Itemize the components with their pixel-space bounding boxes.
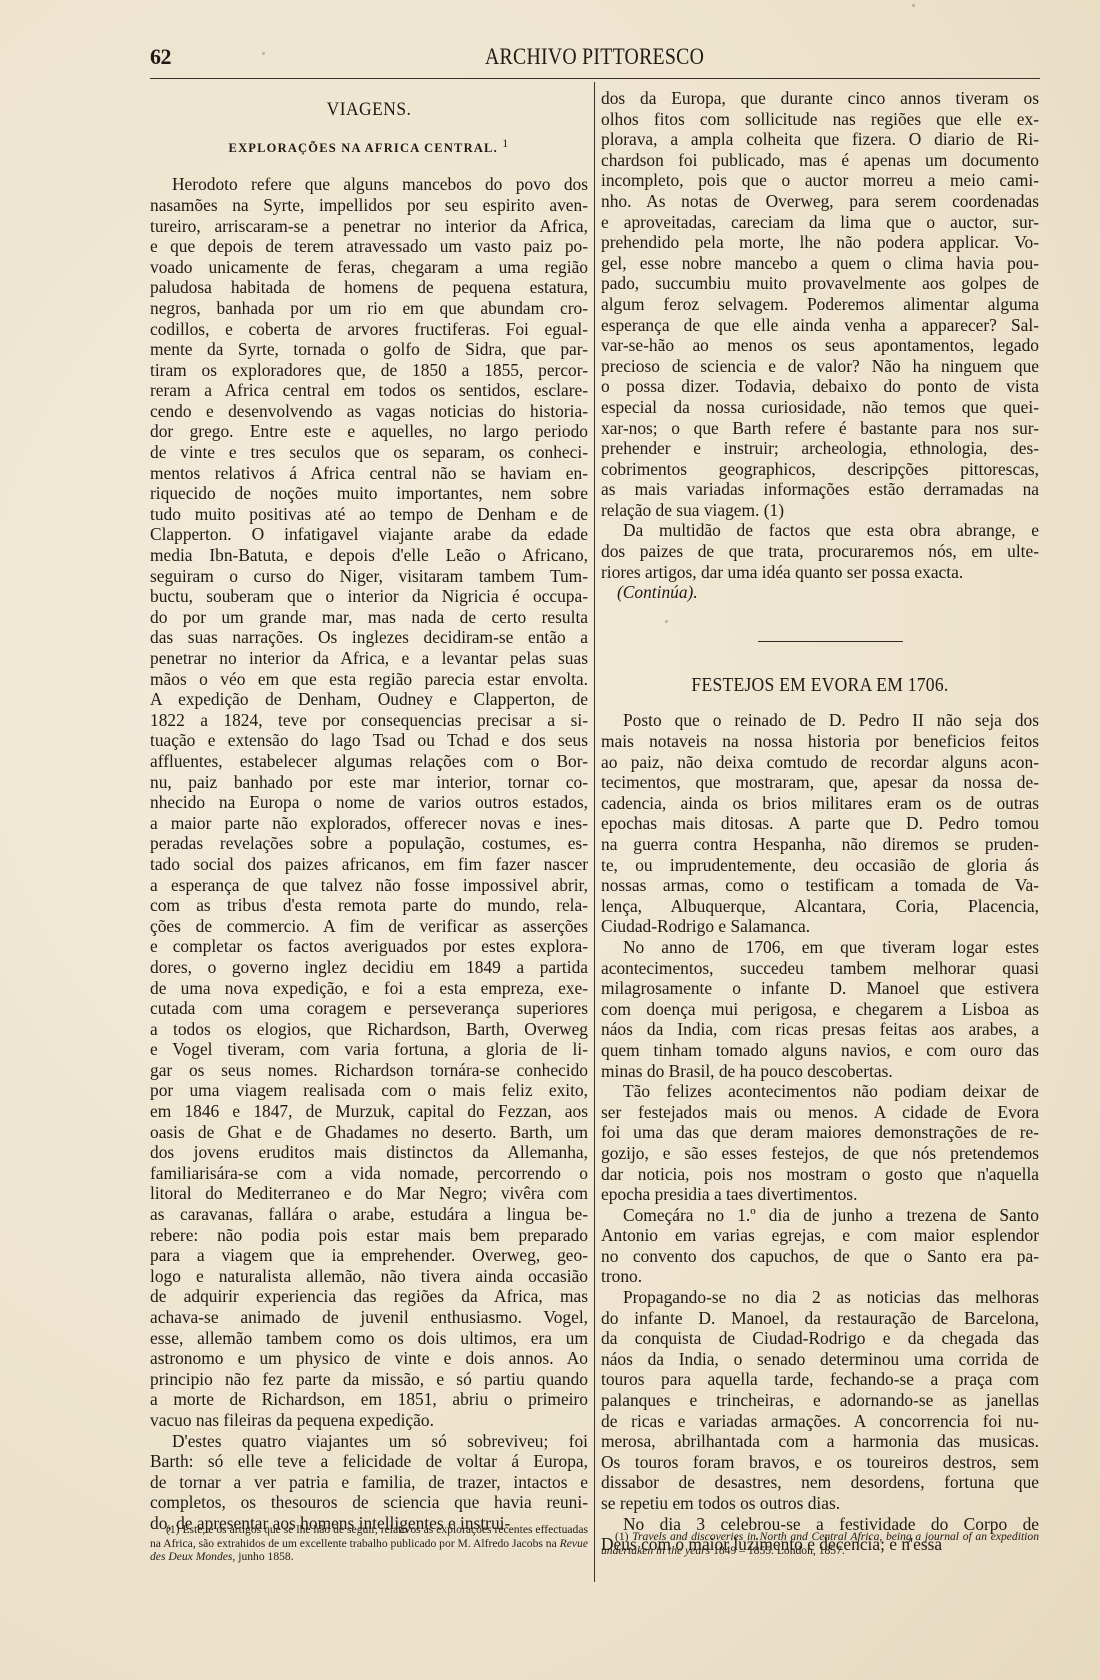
- text-line: as mais variadas informações estão derra…: [601, 479, 1039, 500]
- text-line: foi uma das que deram maiores demonstraç…: [601, 1122, 1039, 1143]
- text-line: merosa, abrilhantada com a harmonia das …: [601, 1431, 1039, 1452]
- text-line: xar-nos; o que Barth refere é bastante p…: [601, 418, 1039, 439]
- paragraph: Herodoto refere que alguns mancebos do p…: [150, 174, 588, 1430]
- text-line: chardson foi publicado, mas é apenas um …: [601, 150, 1039, 171]
- text-line: de uma nova expedição, e foi a esta empr…: [150, 978, 588, 999]
- text-line: gozijo, e são esses festejos, de que nós…: [601, 1143, 1039, 1164]
- text-line: epocha presidia a taes divertimentos.: [601, 1184, 1039, 1205]
- text-line: dos jovens eruditos mais distinctos da A…: [150, 1142, 588, 1163]
- text-line: Posto que o reinado de D. Pedro II não s…: [601, 710, 1039, 731]
- text-line: astronomo e um physico de vinte e dois a…: [150, 1348, 588, 1369]
- text-line: no convento dos capuchos, de que o Santo…: [601, 1246, 1039, 1267]
- text-line: as caravanas, fallára o arabe, estudára …: [150, 1204, 588, 1225]
- text-line: do por um grande mar, mas nada de certo …: [150, 607, 588, 628]
- scanned-page: 62 ARCHIVO PITTORESCO VIAGENS. EXPLORAÇÕ…: [0, 0, 1100, 1680]
- text-line: algum feroz selvagem. Poderemos alimenta…: [601, 294, 1039, 315]
- text-line: dar noticia, pois nos mostram o gosto qu…: [601, 1164, 1039, 1185]
- text-line: cobrimentos geographicos, descripções pi…: [601, 459, 1039, 480]
- text-line: mãos o véo em que esta região parecia es…: [150, 669, 588, 690]
- text-line: esperança de que elle ainda venha a appa…: [601, 315, 1039, 336]
- text-line: touros para aquella tarde, fechando-se a…: [601, 1369, 1039, 1390]
- text-line: e aproveitadas, careciam da lima que o a…: [601, 212, 1039, 233]
- text-line: peradas revelações sobre a população, co…: [150, 833, 588, 854]
- text-line: a esperança de que talvez não fosse impo…: [150, 875, 588, 896]
- text-line: voado unicamente de feras, chegaram a um…: [150, 257, 588, 278]
- text-line: e Vogel tiveram, com varia fortuna, a gl…: [150, 1039, 588, 1060]
- text-line: familiarisára-se com a vida nomade, perc…: [150, 1163, 588, 1184]
- continued-note: (Continúa).: [617, 582, 1039, 603]
- paragraph: Da multidão de factos que esta obra abra…: [601, 520, 1039, 582]
- text-line: de tornar a ver patria e familia, de tra…: [150, 1472, 588, 1493]
- text-line: Herodoto refere que alguns mancebos do p…: [150, 174, 588, 195]
- text-line: nossas armas, como o testificam a tomada…: [601, 875, 1039, 896]
- text-line: minas do Brasil, de ha pouco descobertas…: [601, 1061, 1039, 1082]
- paragraph: D'estes quatro viajantes um só sobrevive…: [150, 1431, 588, 1534]
- article-body: Posto que o reinado de D. Pedro II não s…: [601, 710, 1039, 1554]
- text-line: incompleto, pois que o auctor morreu a m…: [601, 170, 1039, 191]
- column-divider: [594, 82, 595, 1582]
- text-line: gar os seus nomes. Richardson tornára-se…: [150, 1060, 588, 1081]
- text-line: logo e naturalista allemão, não tivera a…: [150, 1266, 588, 1287]
- text-line: affluentes, estabelecer algumas relações…: [150, 751, 588, 772]
- text-line: cutada com uma coragem e perseverança su…: [150, 998, 588, 1019]
- text-line: com doença mui perigosa, e chegarem a Li…: [601, 999, 1039, 1020]
- text-line: mais notaveis na nossa historia por bene…: [601, 731, 1039, 752]
- article-subtitle: EXPLORAÇÕES NA AFRICA CENTRAL. 1: [150, 133, 588, 159]
- text-line: A expedição de Denham, Oudney e Clappert…: [150, 689, 588, 710]
- text-line: das suas narrações. Os inglezes decidira…: [150, 627, 588, 648]
- text-line: gel, esse nobre mancebo a quem o clima h…: [601, 253, 1039, 274]
- text-line: olhos fitos com sollicitude nas regiões …: [601, 109, 1039, 130]
- text-line: Começára no 1.º dia de junho a trezena d…: [601, 1205, 1039, 1226]
- text-line: em 1846 e 1847, de Murzuk, capital do Fe…: [150, 1101, 588, 1122]
- paragraph: No anno de 1706, em que tiveram logar es…: [601, 937, 1039, 1081]
- text-line: precioso de sciencia e de valor? Não ha …: [601, 356, 1039, 377]
- text-line: mente da Syrte, tornada o golfo de Sidra…: [150, 339, 588, 360]
- text-line: lença, Albuquerque, Alcantara, Coria, Pl…: [601, 896, 1039, 917]
- text-line: se repetiu em todos os outros dias.: [601, 1493, 1039, 1514]
- text-line: nasamões na Syrte, impellidos por seu es…: [150, 195, 588, 216]
- page-header: 62 ARCHIVO PITTORESCO: [150, 44, 1040, 76]
- text-line: palanques e trincheiras, e adornando-se …: [601, 1390, 1039, 1411]
- text-line: dores, o governo inglez decidiu em 1849 …: [150, 957, 588, 978]
- text-line: Tão felizes acontecimentos não podiam de…: [601, 1081, 1039, 1102]
- text-line: Da multidão de factos que esta obra abra…: [601, 520, 1039, 541]
- text-line: tudo muito positivas até ao tempo de Den…: [150, 504, 588, 525]
- text-line: e que depois de terem atravessado um vas…: [150, 236, 588, 257]
- text-line: principio não fez parte da missão, e só …: [150, 1369, 588, 1390]
- text-line: náos da India, com ricas presas feitas a…: [601, 1019, 1039, 1040]
- article-title: FESTEJOS EM EVORA EM 1706.: [623, 676, 1017, 697]
- text-line: mentos relativos á Africa central não se…: [150, 463, 588, 484]
- text-line: pado, succumbiu muito provavelmente aos …: [601, 273, 1039, 294]
- footnote-marker: 1: [502, 136, 509, 150]
- text-line: por uma viagem realisada com o mais feli…: [150, 1080, 588, 1101]
- text-line: ser festejados mais ou menos. A cidade d…: [601, 1102, 1039, 1123]
- paragraph: Começára no 1.º dia de junho a trezena d…: [601, 1205, 1039, 1287]
- running-title: ARCHIVO PITTORESCO: [485, 44, 704, 70]
- text-line: de vinte e tres seculos que os separam, …: [150, 442, 588, 463]
- text-line: a morte de Richardson, em 1851, abriu o …: [150, 1389, 588, 1410]
- text-line: vacuo nas fileiras da pequena expedição.: [150, 1410, 588, 1431]
- text-line: relação de sua viagem. (1): [601, 500, 1039, 521]
- text-line: especial da nossa curiosidade, não temos…: [601, 397, 1039, 418]
- header-rule: [150, 78, 1040, 79]
- text-line: achava-se animado de juvenil enthusiasmo…: [150, 1307, 588, 1328]
- text-line: oasis de Ghat e de Ghadames no deserto. …: [150, 1122, 588, 1143]
- footnote-left: (1) Este, e os artigos que se lhe hão de…: [150, 1523, 588, 1564]
- text-line: Barth: só elle teve a felicidade de volt…: [150, 1451, 588, 1472]
- text-line: a maior parte não explorados, offerecer …: [150, 813, 588, 834]
- text-line: esse, allemão tambem como os dois ultimo…: [150, 1328, 588, 1349]
- text-line: náos da India, o senado determinou uma c…: [601, 1349, 1039, 1370]
- text-line: o possa dizer. Todavia, debaixo do ponto…: [601, 376, 1039, 397]
- text-line: paludosa habitada de homens de pequena e…: [150, 277, 588, 298]
- text-line: negros, banhada por um rio em que abunda…: [150, 298, 588, 319]
- text-line: cendo e desenvolvendo as vagas noticias …: [150, 401, 588, 422]
- paragraph: Posto que o reinado de D. Pedro II não s…: [601, 710, 1039, 937]
- text-line: nhecido na Europa o nome de varios outro…: [150, 792, 588, 813]
- text-line: tado social dos paizes africanos, em fim…: [150, 854, 588, 875]
- text-line: da conquista de Ciudad-Rodrigo e da cheg…: [601, 1328, 1039, 1349]
- text-line: var-se-hão ao menos os seus apontamentos…: [601, 335, 1039, 356]
- text-line: Antonio em varias egrejas, e com maior e…: [601, 1225, 1039, 1246]
- text-line: penetrar no interior da Africa, e a leva…: [150, 648, 588, 669]
- text-line: de adquirir experiencia das regiões da A…: [150, 1286, 588, 1307]
- right-column: dos da Europa, que durante cinco annos t…: [601, 88, 1039, 1555]
- text-line: seguiram o curso do Niger, visitaram tam…: [150, 566, 588, 587]
- paragraph: dos da Europa, que durante cinco annos t…: [601, 88, 1039, 520]
- text-line: riores artigos, dar uma idéa quanto ser …: [601, 562, 1039, 583]
- section-divider: [758, 641, 903, 642]
- text-line: reram a Africa central em todos os senti…: [150, 380, 588, 401]
- paragraph: Tão felizes acontecimentos não podiam de…: [601, 1081, 1039, 1205]
- text-line: 1822 a 1824, teve por consequencias prec…: [150, 710, 588, 731]
- text-line: a todos os elogios, que Richardson, Bart…: [150, 1019, 588, 1040]
- text-line: dissabor de desastres, nem desordens, fo…: [601, 1472, 1039, 1493]
- text-line: prehender e instruir; archeologia, ethno…: [601, 438, 1039, 459]
- text-line: tiram os exploradores que, de 1850 a 185…: [150, 360, 588, 381]
- text-line: codillos, e coberta de arvores fructifer…: [150, 319, 588, 340]
- text-line: riquecido de noções muito importantes, n…: [150, 483, 588, 504]
- text-line: na guerra contra Hespanha, não diremos s…: [601, 834, 1039, 855]
- text-line: Propagando-se no dia 2 as noticias das m…: [601, 1287, 1039, 1308]
- text-line: Os touros foram bravos, e os toureiros d…: [601, 1452, 1039, 1473]
- text-line: tureiro, arriscaram-se a penetrar no int…: [150, 216, 588, 237]
- text-line: tuação e extensão do lago Tsad ou Tchad …: [150, 730, 588, 751]
- text-line: acontecimentos, succedeu tambem melhorar…: [601, 958, 1039, 979]
- text-line: nu, paiz banhado por este mar interior, …: [150, 772, 588, 793]
- text-line: litoral do Mediterraneo e do Mar Negro; …: [150, 1183, 588, 1204]
- text-line: com as tribus d'esta remota parte do mun…: [150, 895, 588, 916]
- text-line: do infante D. Manoel, da restauração de …: [601, 1308, 1039, 1329]
- text-line: D'estes quatro viajantes um só sobrevive…: [150, 1431, 588, 1452]
- text-line: rebere: não podia pois estar mais bem pr…: [150, 1225, 588, 1246]
- text-line: media Ibn-Batuta, e depois d'elle Leão o…: [150, 545, 588, 566]
- text-line: de ricas e variadas armações. A concorre…: [601, 1411, 1039, 1432]
- text-line: dos da Europa, que durante cinco annos t…: [601, 88, 1039, 109]
- text-line: ao paiz, não deixa comtudo de recordar a…: [601, 752, 1039, 773]
- text-line: te, ou imprudentemente, deu occasião de …: [601, 855, 1039, 876]
- text-line: cadencia, ainda os brios militares eram …: [601, 793, 1039, 814]
- text-line: Ciudad-Rodrigo e Salamanca.: [601, 916, 1039, 937]
- text-line: No anno de 1706, em que tiveram logar es…: [601, 937, 1039, 958]
- text-line: ções de commercio. A fim de verificar as…: [150, 916, 588, 937]
- section-title: VIAGENS.: [168, 100, 571, 121]
- text-line: para a viagem que ia emprehender. Overwe…: [150, 1245, 588, 1266]
- text-line: milagrosamente o infante D. Manoel que e…: [601, 978, 1039, 999]
- page-number: 62: [150, 44, 171, 70]
- text-line: e completar os factos averiguados por es…: [150, 936, 588, 957]
- text-line: dos paizes de que trata, procuraremos nó…: [601, 541, 1039, 562]
- text-line: nho. As notas de Overweg, para serem coo…: [601, 191, 1039, 212]
- paragraph: Propagando-se no dia 2 as noticias das m…: [601, 1287, 1039, 1514]
- text-line: completos, os thesouros de sciencia que …: [150, 1492, 588, 1513]
- left-column: VIAGENS. EXPLORAÇÕES NA AFRICA CENTRAL. …: [150, 100, 588, 1534]
- text-line: trono.: [601, 1266, 1039, 1287]
- text-line: epochas mais ditosas. A parte que D. Ped…: [601, 813, 1039, 834]
- text-line: plorava, a ampla colheita que fizera. O …: [601, 129, 1039, 150]
- text-line: prehendido pela morte, lhe não podera ap…: [601, 232, 1039, 253]
- footnote-right: (1) Travels and discoveries in North and…: [601, 1530, 1039, 1557]
- text-line: tecimentos, que mostraram, que, apesar d…: [601, 772, 1039, 793]
- text-line: dor grego. Entre este e aquelles, no lar…: [150, 421, 588, 442]
- text-line: quem tinham tomado alguns navios, e com …: [601, 1040, 1039, 1061]
- text-line: buctu, souberam que o interior da Nigric…: [150, 586, 588, 607]
- text-line: Clapperton. O infatigavel viajante arabe…: [150, 524, 588, 545]
